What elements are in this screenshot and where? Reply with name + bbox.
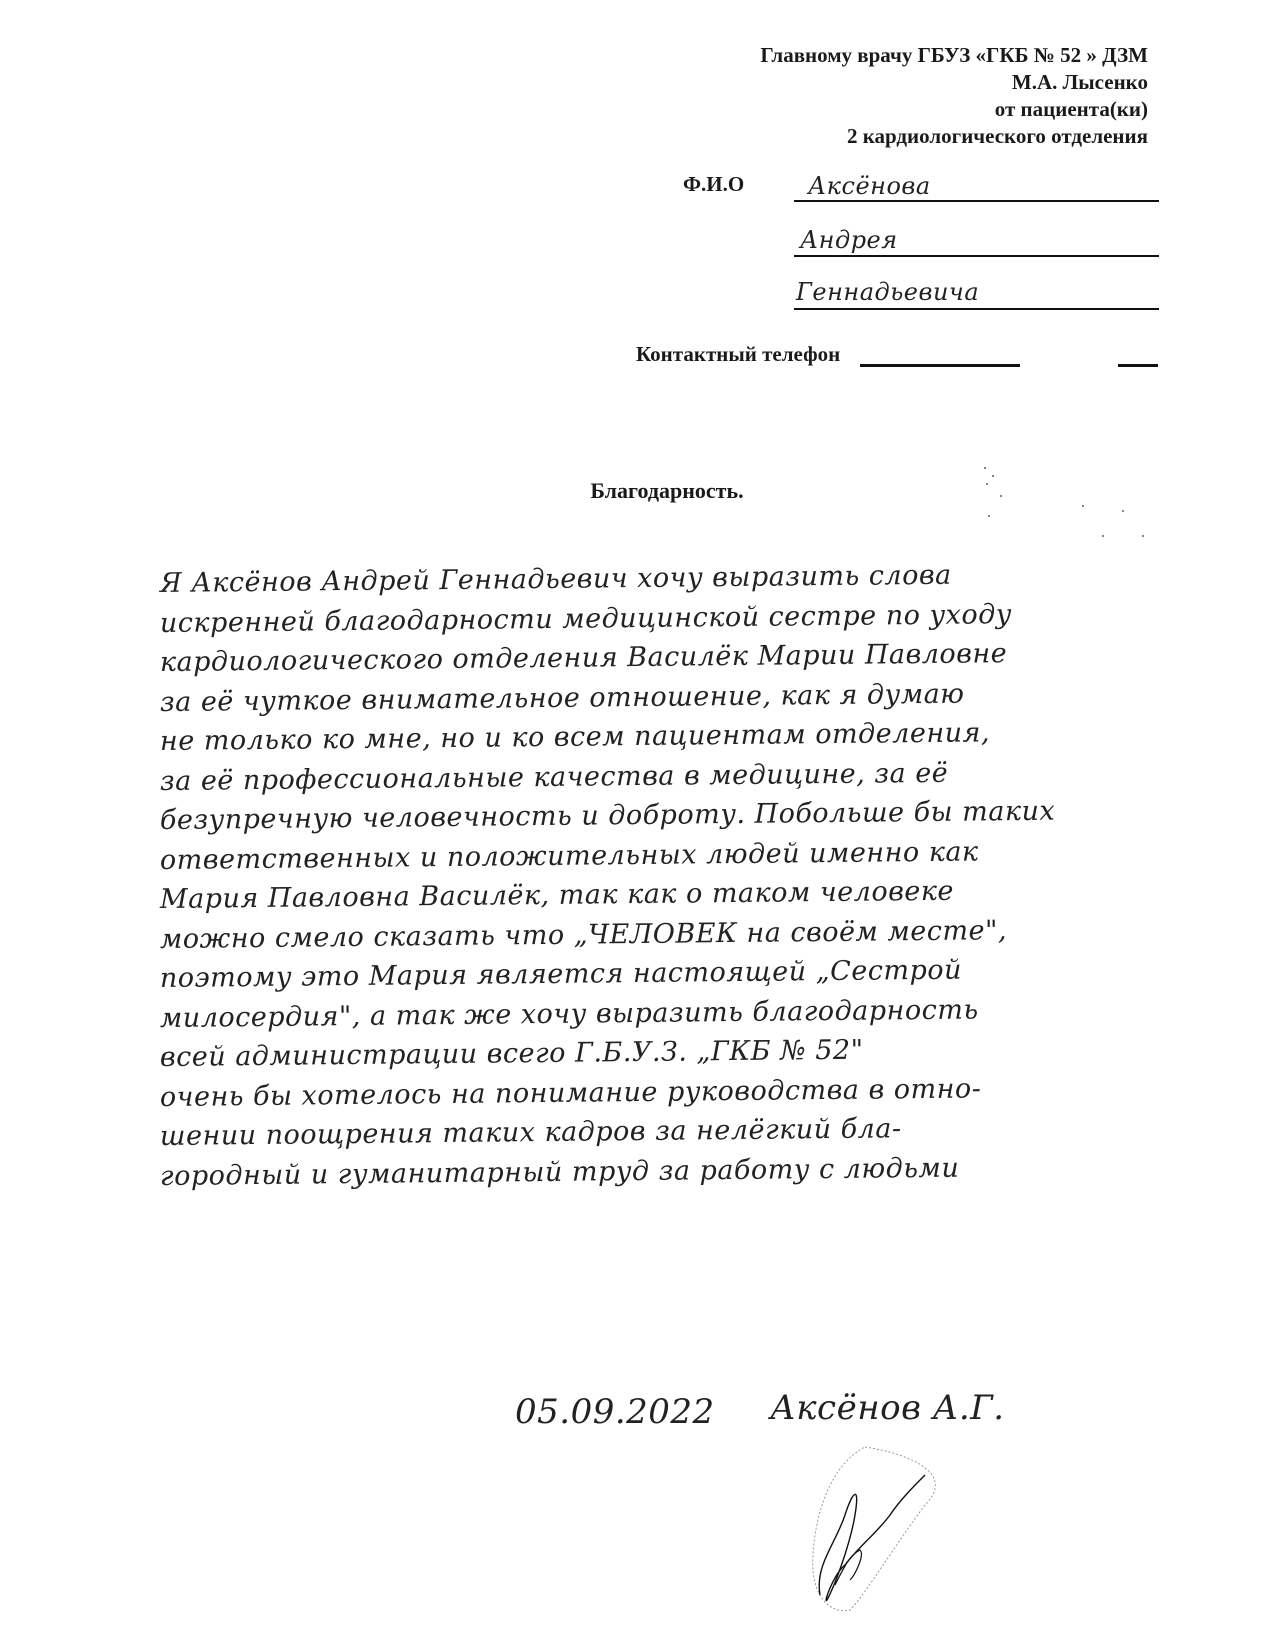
fio-label: Ф.И.О xyxy=(683,172,744,197)
fio-surname: Аксёнова xyxy=(808,172,931,200)
fio-line-1 xyxy=(794,200,1159,202)
fio-line-3 xyxy=(794,308,1159,310)
addressee-line-4: 2 кардиологического отделения xyxy=(760,123,1148,150)
fio-patronymic: Геннадьевича xyxy=(796,278,979,306)
addressee-line-2: М.А. Лысенко xyxy=(760,69,1148,96)
scan-artifacts xyxy=(982,465,1162,555)
letter-date: 05.09.2022 xyxy=(515,1392,715,1432)
fio-first-name: Андрея xyxy=(800,226,898,254)
addressee-block: Главному врачу ГБУЗ «ГКБ № 52 » ДЗМ М.А.… xyxy=(760,42,1148,150)
fio-line-2 xyxy=(794,255,1159,257)
signer-name: Аксёнов А.Г. xyxy=(770,1388,1005,1428)
signature-icon xyxy=(805,1445,955,1615)
addressee-line-3: от пациента(ки) xyxy=(760,96,1148,123)
phone-line-end xyxy=(1118,364,1158,367)
phone-label: Контактный телефон xyxy=(636,342,840,367)
addressee-line-1: Главному врачу ГБУЗ «ГКБ № 52 » ДЗМ xyxy=(760,42,1148,69)
phone-line xyxy=(860,364,1020,367)
letter-body: Я Аксёнов Андрей Геннадьевич хочу вырази… xyxy=(160,568,1160,1200)
